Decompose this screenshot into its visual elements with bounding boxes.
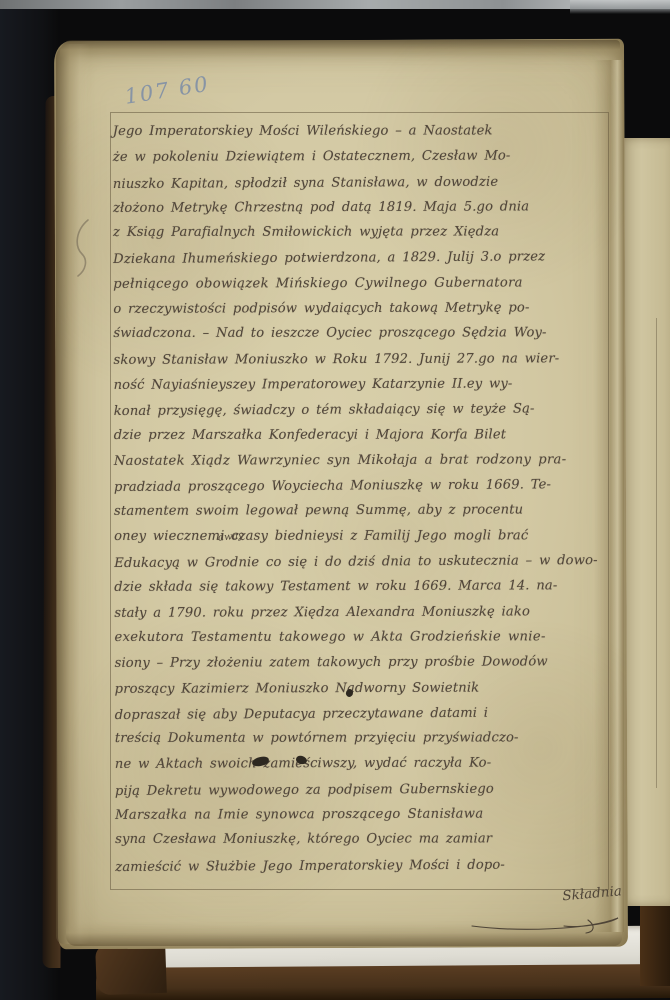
manuscript-line: oney wiecznemi czasy biednieysi z Famili… xyxy=(114,523,606,549)
manuscript-line: pełniącego obowiązek Mińskiego Cywilnego… xyxy=(113,270,605,297)
page-deckle-edge-top xyxy=(60,40,620,58)
manuscript-line: stały a 1790. roku przez Xiędza Alexandr… xyxy=(114,599,606,626)
leather-cover-bottom xyxy=(96,964,670,1000)
manuscript-lines: Jego Imperatorskiey Mości Wileńskiego – … xyxy=(113,118,608,888)
manuscript-text-block: Jego Imperatorskiey Mości Wileńskiego – … xyxy=(113,118,608,888)
manuscript-line: Jego Imperatorskiey Mości Wileńskiego – … xyxy=(113,118,605,144)
manuscript-line: proszący Kazimierz Moniuszko Nadworny So… xyxy=(115,675,607,702)
manuscript-line: ne w Aktach swoich zamieściwszy, wydać r… xyxy=(115,751,607,778)
manuscript-line: z Ksiąg Parafialnych Smiłowickich wyjęta… xyxy=(113,219,605,245)
leather-cover-corner xyxy=(95,943,167,995)
manuscript-line: ność Nayiaśnieyszey Imperatorowey Katarz… xyxy=(114,371,606,398)
page-deckle-edge-left xyxy=(56,44,90,944)
catchword-flourish xyxy=(468,902,628,936)
manuscript-line: że w pokoleniu Dziewiątem i Ostatecznem,… xyxy=(113,143,605,170)
manuscript-line: Edukacyą w Grodnie co się i do dziś dnia… xyxy=(114,548,606,576)
manuscript-line: złożono Metrykę Chrzestną pod datą 1819.… xyxy=(113,194,605,221)
manuscript-line: syna Czesława Moniuszkę, którego Oyciec … xyxy=(115,827,607,853)
manuscript-line: stamentem swoim legował pewną Summę, aby… xyxy=(114,498,606,525)
manuscript-line: pradziada proszącego Woyciecha Moniuszkę… xyxy=(114,472,606,500)
manuscript-line: dzie składa się takowy Testament w roku … xyxy=(114,573,606,600)
manuscript-line: Dziekana Ihumeńskiego potwierdzona, a 18… xyxy=(113,244,605,272)
next-page-rule-line xyxy=(656,318,657,788)
manuscript-line: świadczona. – Nad to ieszcze Oyciec pros… xyxy=(113,321,605,347)
manuscript-line: Naostatek Xiądz Wawrzyniec syn Mikołaja … xyxy=(114,447,606,474)
manuscript-line: o rzeczywistości podpisów wydaiących tak… xyxy=(113,295,605,322)
scanned-document-page: 107 60 Jego Imperatorskiey Mości Wileńsk… xyxy=(0,0,670,1000)
margin-pencil-mark xyxy=(70,216,96,280)
manuscript-line: Marszałka na Imie synowca proszącego Sta… xyxy=(115,801,607,828)
manuscript-line: skowy Stanisław Moniuszko w Roku 1792. J… xyxy=(113,346,605,373)
manuscript-line: exekutora Testamentu takowego w Akta Gro… xyxy=(114,624,606,650)
manuscript-line: siony – Przy złożeniu zatem takowych prz… xyxy=(115,649,607,676)
manuscript-line: konał przysięgę, świadczy o tém składaią… xyxy=(114,396,606,424)
manuscript-line: piją Dekretu wywodowego za podpisem Gube… xyxy=(115,776,607,804)
manuscript-line: dzie przez Marszałka Konfederacyi i Majo… xyxy=(114,422,606,448)
manuscript-line: dopraszał się aby Deputacya przeczytawan… xyxy=(115,700,607,728)
manuscript-line: zamieścić w Służbie Jego Imperatorskiey … xyxy=(115,852,607,880)
manuscript-line: treścią Dokumenta w powtórnem przyięciu … xyxy=(115,725,607,751)
scanner-edge-highlight xyxy=(570,0,670,14)
manuscript-line: niuszko Kapitan, spłodził syna Stanisław… xyxy=(113,169,605,197)
